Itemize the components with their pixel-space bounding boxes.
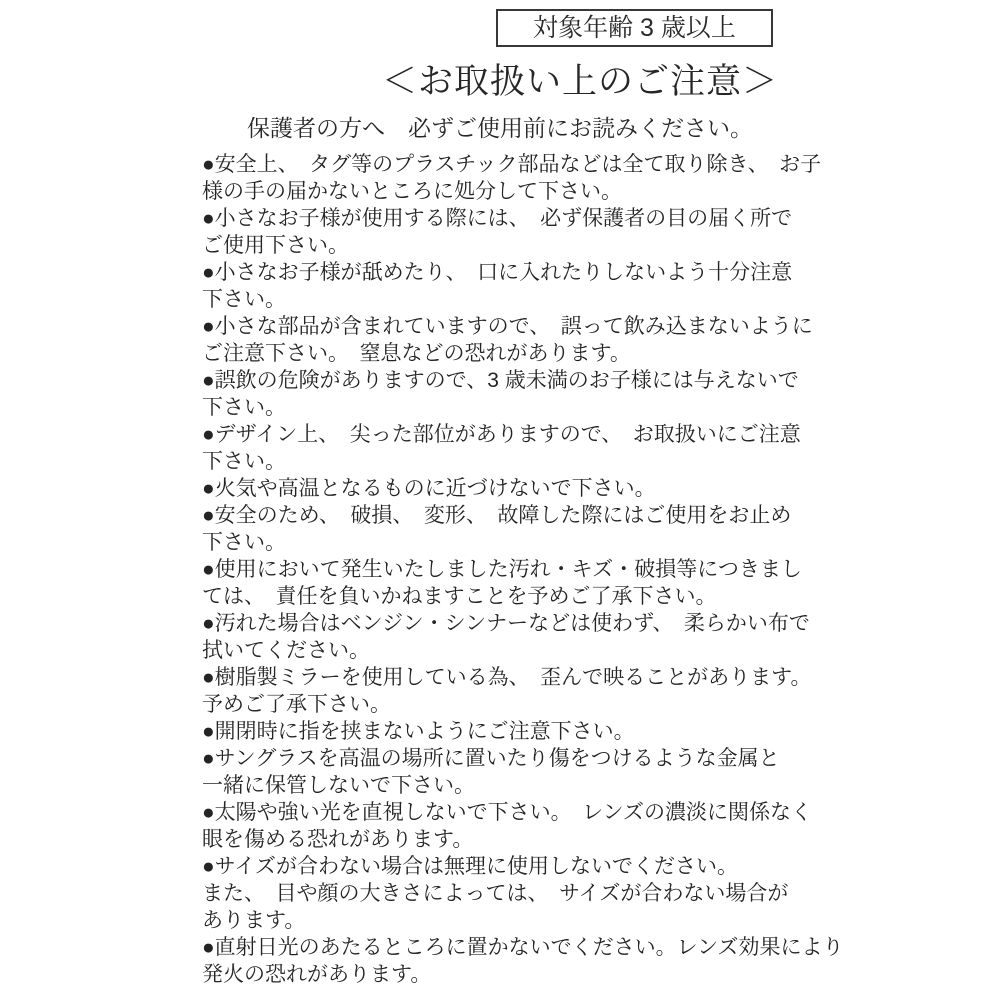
- notice-item: ●安全のため、 破損、 変形、 故障した際にはご使用をお止め 下さい。: [202, 502, 932, 556]
- age-restriction-label: 対象年齢 3 歳以上: [533, 16, 736, 41]
- notice-item: ●汚れた場合はベンジン・シンナーなどは使わず、 柔らかい布で 拭いてください。: [202, 610, 932, 664]
- age-restriction-box: 対象年齢 3 歳以上: [496, 9, 773, 47]
- caution-sheet: 対象年齢 3 歳以上 ＜お取扱い上のご注意＞ 保護者の方へ 必ずご使用前にお読み…: [0, 0, 1000, 1000]
- notice-item: ●直射日光のあたるところに置かないでください。レンズ効果により 発火の恐れがあり…: [202, 934, 932, 988]
- notice-item: ●デザイン上、 尖った部位がありますので、 お取扱いにご注意 下さい。: [202, 421, 932, 475]
- notice-item: ●誤飲の危険がありますので、3 歳未満のお子様には与えないで 下さい。: [202, 367, 932, 421]
- guardian-subtitle: 保護者の方へ 必ずご使用前にお読みください。: [190, 111, 810, 145]
- notice-item: ●小さなお子様が使用する際には、 必ず保護者の目の届く所で ご使用下さい。: [202, 205, 932, 259]
- notice-item: ●樹脂製ミラーを使用している為、 歪んで映ることがあります。 予めご了承下さい。: [202, 664, 932, 718]
- notice-item: ●開閉時に指を挟まないようにご注意下さい。: [202, 718, 932, 745]
- notice-item: ●火気や高温となるものに近づけないで下さい。: [202, 475, 932, 502]
- notice-item: ●安全上、 タグ等のプラスチック部品などは全て取り除き、 お子 様の手の届かない…: [202, 151, 932, 205]
- notice-item: ●サイズが合わない場合は無理に使用しないでください。 また、 目や顔の大きさによ…: [202, 853, 932, 934]
- notice-item: ●小さな部品が含まれていますので、 誤って飲み込まないように ご注意下さい。 窒…: [202, 313, 932, 367]
- notice-item: ●サングラスを高温の場所に置いたり傷をつけるような金属と 一緒に保管しないで下さ…: [202, 745, 932, 799]
- notice-item: ●小さなお子様が舐めたり、 口に入れたりしないよう十分注意 下さい。: [202, 259, 932, 313]
- page-title: ＜お取扱い上のご注意＞: [180, 58, 980, 106]
- notice-list: ●安全上、 タグ等のプラスチック部品などは全て取り除き、 お子 様の手の届かない…: [202, 151, 932, 988]
- notice-item: ●太陽や強い光を直視しないで下さい。 レンズの濃淡に関係なく 眼を傷める恐れがあ…: [202, 799, 932, 853]
- notice-item: ●使用において発生いたしました汚れ・キズ・破損等につきまし ては、 責任を負いか…: [202, 556, 932, 610]
